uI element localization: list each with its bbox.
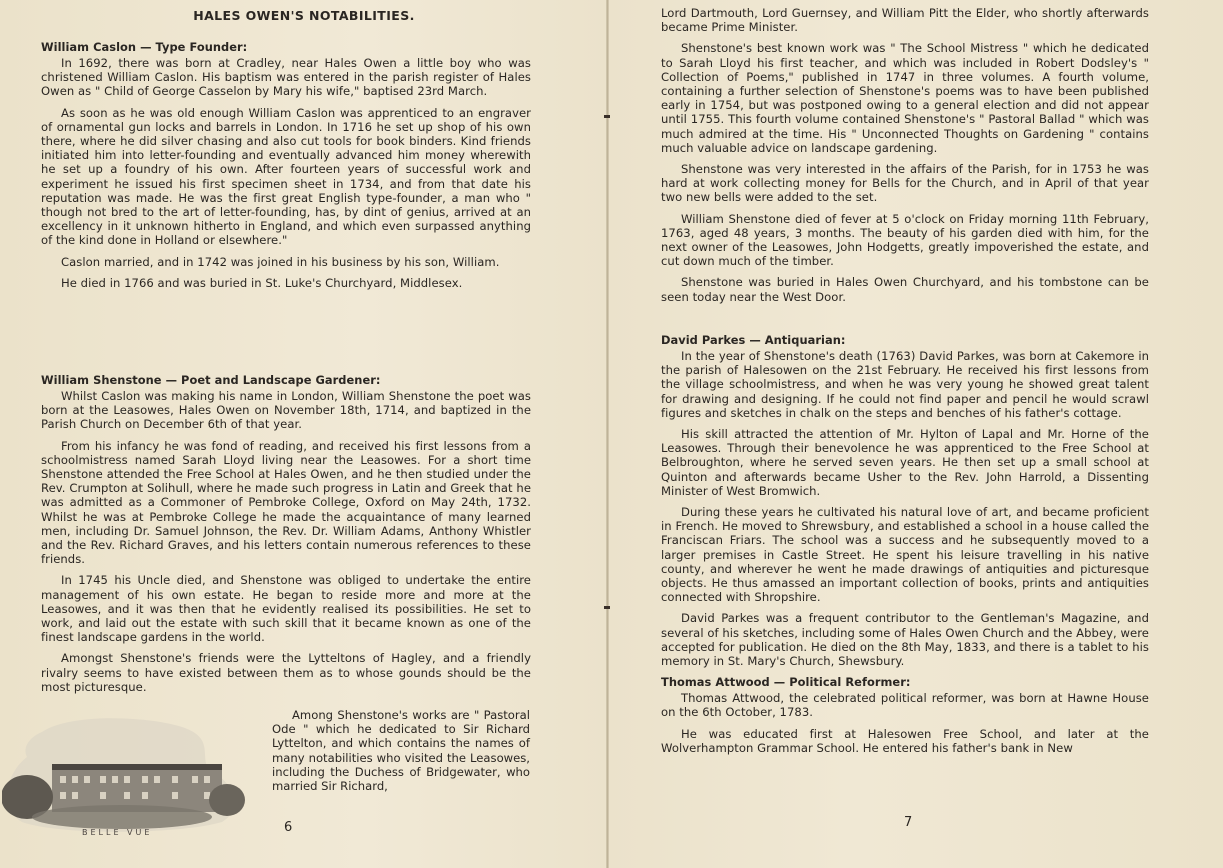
book-spine bbox=[606, 0, 609, 868]
paragraph: He was educated first at Halesowen Free … bbox=[661, 727, 1149, 755]
paragraph: His skill attracted the attention of Mr.… bbox=[661, 427, 1149, 498]
paragraph: Shenstone's best known work was " The Sc… bbox=[661, 41, 1149, 155]
paragraph: Whilst Caslon was making his name in Lon… bbox=[41, 389, 531, 432]
paragraph: Shenstone was very interested in the aff… bbox=[661, 162, 1149, 205]
paragraph: In 1692, there was born at Cradley, near… bbox=[41, 56, 531, 99]
page-number: 7 bbox=[904, 815, 912, 830]
section-title: William Shenstone — Poet and Landscape G… bbox=[41, 373, 531, 387]
section-title: David Parkes — Antiquarian: bbox=[661, 333, 1149, 347]
illustration-caption: BELLE VUE bbox=[82, 828, 152, 837]
paragraph: From his infancy he was fond of reading,… bbox=[41, 439, 531, 567]
left-page: HALES OWEN'S NOTABILITIES. William Caslo… bbox=[0, 0, 608, 868]
paragraph: Caslon married, and in 1742 was joined i… bbox=[41, 255, 531, 269]
section-title: Thomas Attwood — Political Reformer: bbox=[661, 675, 1149, 689]
paragraph: Among Shenstone's works are " Pastoral O… bbox=[272, 708, 530, 793]
shenstone-section: William Shenstone — Poet and Landscape G… bbox=[41, 373, 531, 701]
paragraph: As soon as he was old enough William Cas… bbox=[41, 106, 531, 248]
paragraph: William Shenstone died of fever at 5 o'c… bbox=[661, 212, 1149, 269]
paragraph: Lord Dartmouth, Lord Guernsey, and Willi… bbox=[661, 6, 1149, 34]
shenstone-continued: Lord Dartmouth, Lord Guernsey, and Willi… bbox=[661, 6, 1149, 311]
staple bbox=[604, 606, 610, 609]
parkes-section: David Parkes — Antiquarian: In the year … bbox=[661, 333, 1149, 762]
caslon-section: William Caslon — Type Founder: In 1692, … bbox=[41, 40, 531, 297]
wrap-paragraph: Among Shenstone's works are " Pastoral O… bbox=[272, 708, 530, 793]
page-number: 6 bbox=[284, 820, 292, 835]
page-heading: HALES OWEN'S NOTABILITIES. bbox=[0, 8, 608, 23]
paragraph: In 1745 his Uncle died, and Shenstone wa… bbox=[41, 573, 531, 644]
section-title: William Caslon — Type Founder: bbox=[41, 40, 531, 54]
paragraph: Amongst Shenstone's friends were the Lyt… bbox=[41, 651, 531, 694]
paragraph: He died in 1766 and was buried in St. Lu… bbox=[41, 276, 531, 290]
right-page: Lord Dartmouth, Lord Guernsey, and Willi… bbox=[608, 0, 1223, 868]
belle-vue-illustration bbox=[2, 712, 248, 837]
paragraph: Thomas Attwood, the celebrated political… bbox=[661, 691, 1149, 719]
paragraph: Shenstone was buried in Hales Owen Churc… bbox=[661, 275, 1149, 303]
staple bbox=[604, 115, 610, 118]
paragraph: David Parkes was a frequent contributor … bbox=[661, 611, 1149, 668]
paragraph: In the year of Shenstone's death (1763) … bbox=[661, 349, 1149, 420]
paragraph: During these years he cultivated his nat… bbox=[661, 505, 1149, 604]
